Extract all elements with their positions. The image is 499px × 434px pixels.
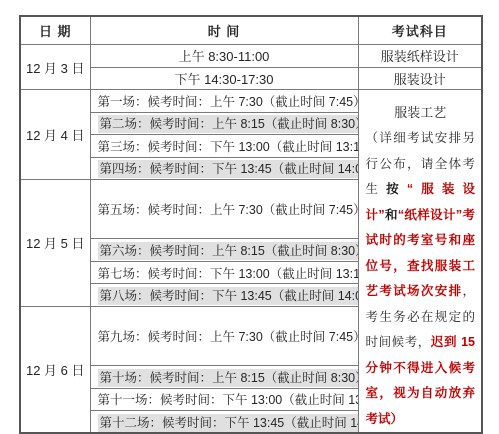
- note-text: （详细考试安排另行公布，请全体考生按“服装设计”和“纸样设计”考试时的考室号和座…: [366, 126, 476, 432]
- exam-schedule-table: 日 期 时 间 考试科目 12 月 3 日 上午 8:30-11:00 服装纸样…: [19, 15, 483, 434]
- session-cell: 第十一场：候考时间：下午 13:00（截止时间 13:15）: [90, 388, 358, 411]
- session-cell: 第七场：候考时间：下午 13:00（截止时间 13:15）: [90, 261, 358, 284]
- session-text: 第七场：候考时间：下午 13:00（截止时间 13:15）: [98, 267, 359, 281]
- subject-cell: 服装设计: [358, 67, 482, 90]
- note-seg-pattern: “纸样设计”: [398, 208, 462, 222]
- subject-cell: 服装纸样设计: [358, 45, 482, 68]
- session-text: 第五场：候考时间：上午 7:30（截止时间 7:45）: [98, 203, 359, 217]
- table-row: 下午 14:30-17:30 服装设计: [20, 67, 482, 90]
- session-text: 第一场：候考时间：上午 7:30（截止时间 7:45）: [98, 95, 359, 109]
- page: 日 期 时 间 考试科目 12 月 3 日 上午 8:30-11:00 服装纸样…: [0, 0, 499, 374]
- session-cell: 第十二场：候考时间：下午 13:45（截止时间 14:00）: [90, 411, 358, 434]
- session-cell: 第九场：候考时间：上午 7:30（截止时间 7:45）: [90, 306, 358, 365]
- session-text: 第十一场：候考时间：下午 13:00（截止时间 13:15）: [98, 393, 359, 407]
- date-cell-dec6: 12 月 6 日: [20, 306, 90, 433]
- session-cell: 第五场：候考时间：上午 7:30（截止时间 7:45）: [90, 180, 358, 239]
- subject-column-header: 考试科目: [358, 16, 482, 45]
- note-seg-and: 和: [385, 208, 398, 222]
- table-row: 12 月 3 日 上午 8:30-11:00 服装纸样设计: [20, 45, 482, 68]
- session-text-highlighted: 第六场：候考时间：上午 8:15（截止时间 8:30）: [98, 242, 359, 260]
- note-subject: 服装工艺: [366, 100, 476, 126]
- session-text-highlighted: 第四场：候考时间：下午 13:45（截止时间 14:00）: [98, 160, 359, 178]
- session-cell: 第四场：候考时间：下午 13:45（截止时间 14:00）: [90, 157, 358, 180]
- note-seg-press: 按: [386, 182, 407, 196]
- session-text-highlighted: 第二场：候考时间：上午 8:15（截止时间 8:30）: [98, 115, 359, 133]
- date-column-header: 日 期: [20, 16, 90, 45]
- session-cell: 第二场：候考时间：上午 8:15（截止时间 8:30）: [90, 112, 358, 135]
- session-cell: 第六场：候考时间：上午 8:15（截止时间 8:30）: [90, 239, 358, 262]
- session-text: 第九场：候考时间：上午 7:30（截止时间 7:45）: [98, 330, 359, 344]
- time-column-header: 时 间: [90, 16, 358, 45]
- time-cell: 下午 14:30-17:30: [90, 67, 358, 90]
- time-cell: 上午 8:30-11:00: [90, 45, 358, 68]
- session-text-highlighted: 第八场：候考时间：下午 13:45（截止时间 14:00）: [98, 287, 359, 305]
- date-cell-dec5: 12 月 5 日: [20, 180, 90, 307]
- session-text-highlighted: 第十场：候考时间：上午 8:15（截止时间 8:30）: [98, 369, 359, 387]
- note-cell: 服装工艺 （详细考试安排另行公布，请全体考生按“服装设计”和“纸样设计”考试时的…: [358, 90, 482, 434]
- session-cell: 第三场：候考时间：下午 13:00（截止时间 13:15）: [90, 135, 358, 158]
- session-cell: 第八场：候考时间：下午 13:45（截止时间 14:00）: [90, 284, 358, 307]
- header-row: 日 期 时 间 考试科目: [20, 16, 482, 45]
- session-cell: 第十场：候考时间：上午 8:15（截止时间 8:30）: [90, 366, 358, 389]
- session-cell: 第一场：候考时间：上午 7:30（截止时间 7:45）: [90, 90, 358, 113]
- date-cell-dec3: 12 月 3 日: [20, 45, 90, 90]
- table-row: 12 月 4 日 第一场：候考时间：上午 7:30（截止时间 7:45） 服装工…: [20, 90, 482, 113]
- date-cell-dec4: 12 月 4 日: [20, 90, 90, 180]
- session-text-highlighted: 第十二场：候考时间：下午 13:45（截止时间 14:00）: [98, 414, 359, 432]
- session-text: 第三场：候考时间：下午 13:00（截止时间 13:15）: [98, 140, 359, 154]
